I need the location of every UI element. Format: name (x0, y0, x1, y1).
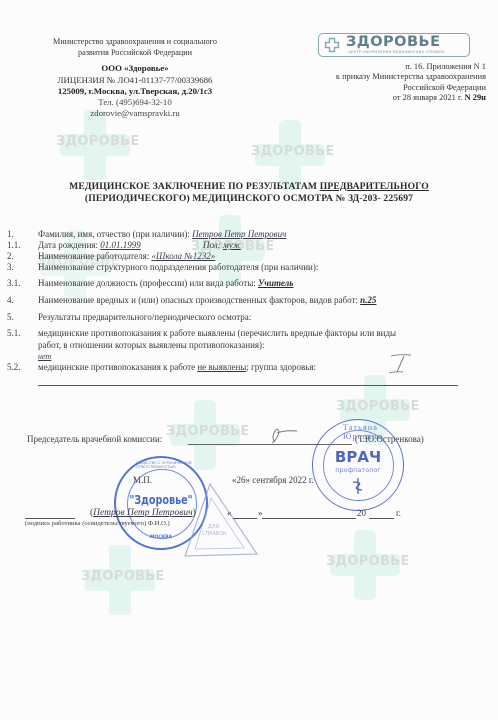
title-underlined: ПРЕДВАРИТЕЛЬНОГО (320, 181, 429, 192)
sex-value: муж (223, 240, 241, 250)
item-text: Наименование должность (профессии) или в… (38, 278, 293, 289)
chairman-signature (265, 424, 305, 446)
chairman-label: Председатель врачебной комиссии: (27, 434, 162, 444)
item-number: 2. (7, 251, 14, 262)
title-text: МЕДИЦИНСКОЕ ЗАКЛЮЧЕНИЕ ПО РЕЗУЛЬТАТАМ (69, 181, 320, 192)
item-label: Наименование работодателя: (38, 251, 151, 261)
health-group-handwritten (385, 351, 415, 377)
stamp-ring-text: ОБЩЕСТВО С ОГРАНИЧЕННОЙ ОТВЕТСТВЕННОСТЬЮ (136, 461, 206, 469)
signature-scribble-icon (265, 424, 305, 446)
triangle-stamp: ДЛЯ СПРАВОК (180, 480, 260, 560)
item-label: медицинские противопоказания к работе вы… (38, 328, 396, 339)
order-line: Российской Федерации (266, 83, 486, 93)
birth-date-value: 01.01.1999 (100, 240, 141, 250)
worker-name-field: (Петров Петр Петрович) (90, 508, 196, 518)
worker-signature-line (25, 518, 75, 519)
handwritten-roman-one-icon (385, 351, 415, 377)
item-label: медицинские противопоказания к работе (38, 362, 197, 372)
address: 125009, г.Москва, ул.Тверская, д.20/1с3 (30, 86, 240, 97)
stamp-subtitle: профпатолог (313, 466, 403, 474)
organization-name: ООО «Здоровье» (30, 63, 240, 74)
stamp-text: СПРАВОК (202, 531, 227, 537)
medical-cross-icon (324, 37, 340, 53)
year-suffix: г. (396, 508, 401, 518)
contraindications-value: нет (38, 351, 51, 362)
email: zdorovie@vamspravki.ru (30, 108, 240, 119)
month-blank-line (262, 518, 356, 519)
full-name-value: Петров Петр Петрович (192, 229, 286, 239)
not-found-underlined: не выявлены (197, 362, 246, 372)
item-number: 4. (7, 295, 14, 306)
doctor-stamp: Татьяна Юрьевна ВРАЧ профпатолог (312, 419, 404, 511)
title-line: (ПЕРИОДИЧЕСКОГО) МЕДИЦИНСКОГО ОСМОТРА № … (0, 193, 498, 205)
brand-name: ЗДОРОВЬЕ (346, 34, 441, 51)
day-blank-line (233, 518, 257, 519)
item-label: работ, в отношении которых выявлены прот… (38, 340, 265, 351)
factors-value: п.25 (360, 295, 376, 305)
ministry-line: развития Российской Федерации (30, 47, 240, 58)
item-label: Наименование структурного подразделения … (38, 262, 318, 273)
year-blank-line (369, 518, 394, 519)
item-number: 3.1. (7, 278, 21, 289)
order-reference: п. 16. Приложения N 1 к приказу Министер… (266, 62, 486, 103)
item-number: 3. (7, 262, 14, 273)
watermark-logo: ЗДОРОВЬЕ (60, 110, 130, 180)
item-number: 5.1. (7, 328, 21, 339)
item-label: Результаты предварительного/периодическо… (38, 312, 251, 323)
stamp-text: ДЛЯ (208, 524, 219, 530)
item-label: Наименование вредных и (или) опасных про… (38, 295, 360, 305)
watermark-logo: ЗДОРОВЬЕ (330, 530, 400, 600)
phone: Тел. (495)694-32-10 (30, 97, 240, 108)
stamp-ring-text: Татьяна Юрьевна (343, 423, 403, 441)
item-number: 5.2. (7, 362, 21, 373)
separator-line (38, 385, 458, 386)
watermark-logo: ЗДОРОВЬЕ (255, 120, 325, 190)
item-text: Фамилия, имя, отчество (при наличии): Пе… (38, 229, 286, 240)
item-text: Наименование работодателя: «Школа №1232» (38, 251, 215, 262)
order-line: п. 16. Приложения N 1 (266, 62, 486, 72)
order-number: N 29н (465, 93, 486, 102)
worker-name: Петров Петр Петрович (93, 508, 192, 518)
item-text: Дата рождения: 01.01.1999 (38, 240, 141, 251)
year-prefix: 20 (357, 508, 366, 518)
item-label: Дата рождения: (38, 240, 100, 250)
license-number: ЛИЦЕНЗИЯ № ЛО41-01137-77/00339686 (30, 75, 240, 86)
item-label: ; группа здоровья: (246, 362, 316, 372)
watermark-logo: ЗДОРОВЬЕ (85, 545, 155, 615)
caduceus-icon (350, 477, 366, 495)
date-quote-open: « (227, 508, 232, 518)
sex-field: Пол: муж (203, 240, 241, 251)
item-number: 5. (7, 312, 14, 323)
order-line: к приказу Министерства здравоохранения (266, 72, 486, 82)
sex-label: Пол: (203, 240, 223, 250)
date-quote-close: » (258, 508, 263, 518)
item-label: Фамилия, имя, отчество (при наличии): (38, 229, 192, 239)
item-label: Наименование должность (профессии) или в… (38, 278, 258, 288)
item-text: Наименование вредных и (или) опасных про… (38, 295, 376, 306)
paren: ) (193, 508, 196, 518)
worker-signature-caption: (подпись работника (освидетельствуемого)… (25, 520, 170, 527)
title-line: МЕДИЦИНСКОЕ ЗАКЛЮЧЕНИЕ ПО РЕЗУЛЬТАТАМ ПР… (0, 181, 498, 193)
item-number: 1.1. (7, 240, 21, 251)
brand-logo: ЗДОРОВЬЕ ЦЕНТР ОФОРМЛЕНИЯ МЕДИЦИНСКИХ СП… (318, 33, 470, 57)
order-date: от 28 января 2021 г. (393, 93, 465, 102)
position-value: Учитель (258, 278, 293, 288)
ministry-line: Министерство здравоохранения и социально… (30, 36, 240, 47)
employer-value: «Школа №1232» (151, 251, 215, 261)
document-title: МЕДИЦИНСКОЕ ЗАКЛЮЧЕНИЕ ПО РЕЗУЛЬТАТАМ ПР… (0, 181, 498, 205)
organization-header: Министерство здравоохранения и социально… (30, 36, 240, 119)
triangle-stamp-shape-icon (180, 480, 260, 560)
brand-subtitle: ЦЕНТР ОФОРМЛЕНИЯ МЕДИЦИНСКИХ СПРАВОК (348, 50, 445, 54)
item-number: 1. (7, 229, 14, 240)
order-line: от 28 января 2021 г. N 29н (266, 93, 486, 103)
item-text: медицинские противопоказания к работе не… (38, 362, 316, 373)
stamp-title: ВРАЧ (313, 448, 403, 466)
